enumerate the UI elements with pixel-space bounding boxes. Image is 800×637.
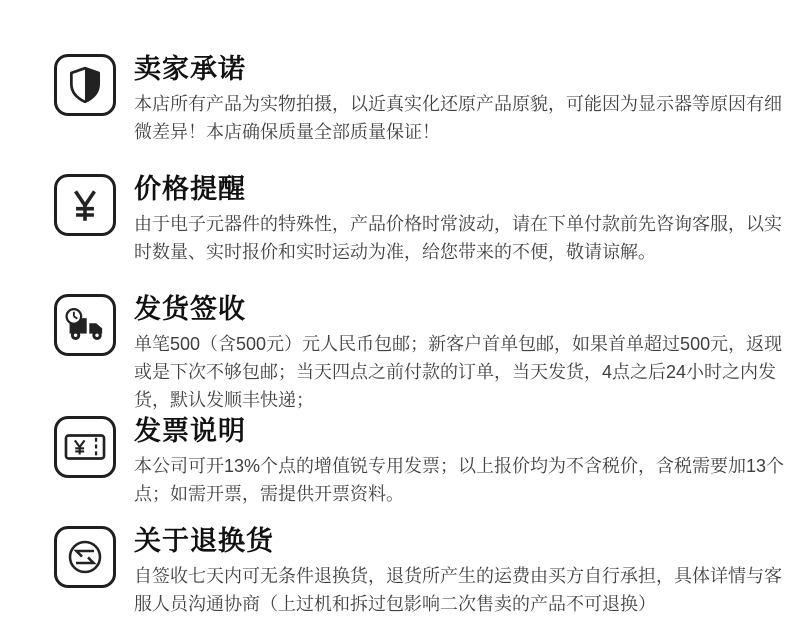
section-title: 发货签收: [134, 292, 794, 326]
notice-section-price-alert: 价格提醒 由于电子元器件的特殊性，产品价格时常波动，请在下单付款前先咨询客服，以…: [54, 172, 800, 266]
yen-icon: [54, 174, 116, 236]
invoice-icon: [54, 416, 116, 478]
section-body: 单笔500（含500元）元人民币包邮；新客户首单包邮，如果首单超过500元，返现…: [134, 330, 794, 414]
section-title: 发票说明: [134, 414, 794, 448]
shield-icon: [54, 54, 116, 116]
seller-notice-page: 卖家承诺 本店所有产品为实物拍摄，以近真实化还原产品原貌，可能因为显示器等原因有…: [0, 0, 800, 637]
delivery-truck-icon: [54, 294, 116, 356]
section-body: 由于电子元器件的特殊性，产品价格时常波动，请在下单付款前先咨询客服，以实 时数量…: [134, 210, 794, 266]
section-title: 关于退换货: [134, 524, 794, 558]
notice-section-seller-promise: 卖家承诺 本店所有产品为实物拍摄，以近真实化还原产品原貌，可能因为显示器等原因有…: [54, 52, 800, 146]
notice-section-returns: 关于退换货 自签收七天内可无条件退换货，退货所产生的运费由买方自行承担，具体详情…: [54, 524, 800, 618]
section-body: 自签收七天内可无条件退换货，退货所产生的运费由买方自行承担，具体详情与客 服人员…: [134, 562, 794, 618]
swap-arrows-icon: [54, 526, 116, 588]
section-title: 卖家承诺: [134, 52, 794, 86]
section-title: 价格提醒: [134, 172, 794, 206]
section-body: 本公司可开13%个点的增值锐专用发票；以上报价均为不含税价，含税需要加13个 点…: [134, 452, 794, 508]
notice-section-invoice: 发票说明 本公司可开13%个点的增值锐专用发票；以上报价均为不含税价，含税需要加…: [54, 414, 800, 508]
notice-section-shipping: 发货签收 单笔500（含500元）元人民币包邮；新客户首单包邮，如果首单超过50…: [54, 292, 800, 414]
section-body: 本店所有产品为实物拍摄，以近真实化还原产品原貌，可能因为显示器等原因有细 微差异…: [134, 90, 794, 146]
